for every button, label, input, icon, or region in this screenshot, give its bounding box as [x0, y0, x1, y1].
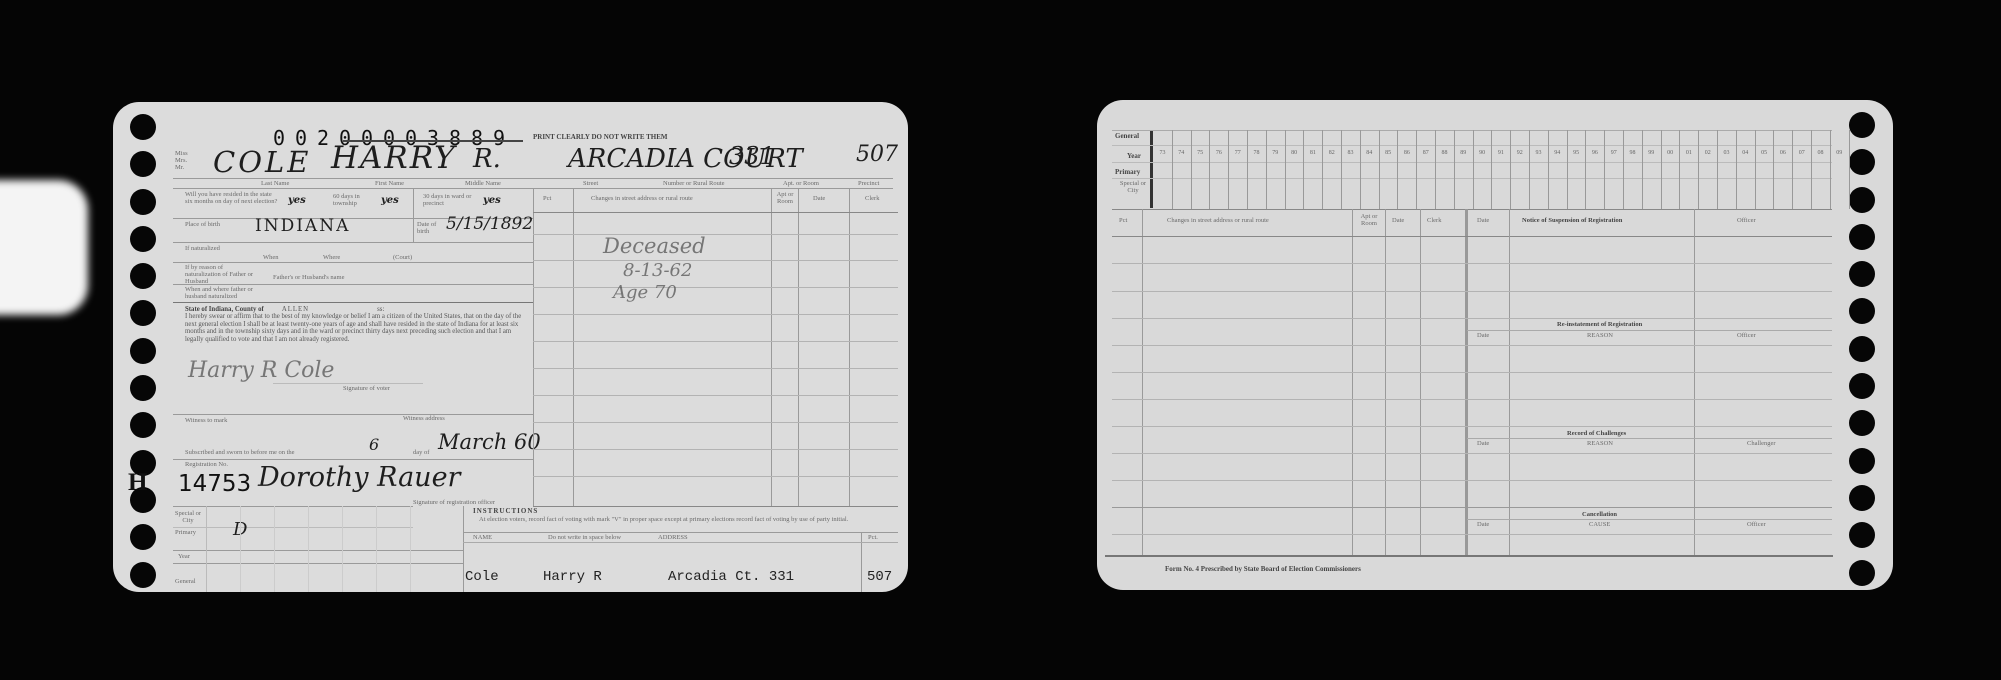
year-cell: 03: [1719, 150, 1734, 156]
deceased-note: Deceased: [603, 234, 706, 258]
year-cell: 09: [1832, 150, 1847, 156]
year-cell: 83: [1343, 150, 1358, 156]
grid-label-primary: Primary: [1115, 168, 1140, 176]
residence-township-value: yes: [381, 195, 399, 206]
precinct-top-value: 507: [856, 142, 898, 167]
year-cell: 91: [1493, 150, 1508, 156]
year-cell: 87: [1418, 150, 1433, 156]
year-cell: 85: [1381, 150, 1396, 156]
year-cell: 02: [1700, 150, 1715, 156]
grid-column-divider: [1360, 130, 1361, 209]
suspension-header-officer: Officer: [1737, 217, 1756, 224]
year-cell: 89: [1456, 150, 1471, 156]
year-cell: 98: [1625, 150, 1640, 156]
grid-column-divider: [1548, 130, 1549, 209]
date-of-birth-value: 5/15/1892: [446, 214, 533, 234]
instructions-text: At election voters, record fact of votin…: [479, 516, 899, 523]
title-labels: MissMrs.Mr.: [175, 150, 188, 171]
challenges-title: Record of Challenges: [1567, 430, 1626, 437]
typed-first-name: Harry R: [543, 569, 602, 585]
registration-card-back: General Year Primary Special or City Pct…: [1097, 100, 1893, 590]
grid-column-divider: [1247, 130, 1248, 209]
grid-column-divider: [1849, 130, 1850, 209]
back-header-clerk: Clerk: [1427, 217, 1441, 224]
year-cell: 74: [1174, 150, 1189, 156]
grid-column-divider: [1567, 130, 1568, 209]
year-cell: 06: [1775, 150, 1790, 156]
year-cell: 88: [1437, 150, 1452, 156]
grid-label-year: Year: [1127, 152, 1141, 160]
typed-last-name: Cole: [465, 569, 499, 585]
year-cell: 00: [1663, 150, 1678, 156]
year-cell: 75: [1193, 150, 1208, 156]
grid-column-divider: [1191, 130, 1192, 209]
suspension-header-title: Notice of Suspension of Registration: [1522, 217, 1622, 224]
year-cell: 76: [1211, 150, 1226, 156]
grid-column-divider: [1642, 130, 1643, 209]
oath-block: State of Indiana, County of ALLEN ss: I …: [185, 306, 530, 343]
grid-column-divider: [1755, 130, 1756, 209]
year-cell: 96: [1587, 150, 1602, 156]
grid-column-divider: [1623, 130, 1624, 209]
year-cell: 82: [1324, 150, 1339, 156]
year-cell: 73: [1155, 150, 1170, 156]
grid-column-divider: [1473, 130, 1474, 209]
grid-column-divider: [1510, 130, 1511, 209]
blurred-overexposed-object: [0, 180, 88, 315]
year-cell: 99: [1644, 150, 1659, 156]
typed-address: Arcadia Ct. 331: [668, 569, 794, 585]
changes-header-date: Date: [813, 195, 825, 202]
year-cell: 93: [1531, 150, 1546, 156]
changes-header-address: Changes in street address or rural route: [591, 195, 693, 202]
registration-prefix: H: [128, 469, 147, 497]
residence-ward-value: yes: [483, 195, 501, 206]
grid-column-divider: [1811, 130, 1812, 209]
reinstatement-title: Re-instatement of Registration: [1557, 321, 1642, 328]
year-cell: 94: [1550, 150, 1565, 156]
voter-signature: Harry R Cole: [188, 358, 334, 383]
changes-header-apt: Apt or Room: [774, 191, 796, 205]
grid-label-special: Special or City: [1115, 180, 1151, 194]
grid-column-divider: [1661, 130, 1662, 209]
typed-precinct: 507: [867, 569, 892, 585]
subscribed-month-value: March 60: [438, 430, 541, 454]
year-cell: 97: [1606, 150, 1621, 156]
year-cell: 78: [1249, 150, 1264, 156]
last-name-value: COLE: [213, 145, 311, 179]
grid-column-divider: [1341, 130, 1342, 209]
grid-column-divider: [1736, 130, 1737, 209]
year-cell: 86: [1399, 150, 1414, 156]
grid-column-divider: [1604, 130, 1605, 209]
grid-column-divider: [1322, 130, 1323, 209]
grid-column-divider: [1454, 130, 1455, 209]
grid-column-divider: [1679, 130, 1680, 209]
grid-column-divider: [1172, 130, 1173, 209]
punch-holes-left: [130, 114, 156, 592]
grid-column-divider: [1773, 130, 1774, 209]
age-note: Age 70: [613, 282, 677, 303]
grid-column-divider: [1491, 130, 1492, 209]
grid-column-divider: [1285, 130, 1286, 209]
place-of-birth-value: INDIANA: [255, 216, 350, 236]
grid-column-divider: [1585, 130, 1586, 209]
punch-holes-right: [1849, 112, 1875, 590]
grid-column-divider: [1792, 130, 1793, 209]
year-cell: 95: [1569, 150, 1584, 156]
subscribed-day-value: 6: [369, 435, 379, 454]
back-header-address: Changes in street address or rural route: [1167, 217, 1269, 224]
grid-column-divider: [1698, 130, 1699, 209]
house-number-value: 331: [729, 142, 775, 170]
back-header-apt: Apt or Room: [1357, 213, 1381, 227]
registration-number: 14753: [178, 471, 251, 497]
middle-name-value: R.: [473, 144, 501, 174]
year-cell: 04: [1738, 150, 1753, 156]
grid-column-divider: [1209, 130, 1210, 209]
grid-column-divider: [1303, 130, 1304, 209]
grid-label-general: General: [1115, 132, 1139, 140]
suspension-header-date: Date: [1477, 217, 1489, 224]
cancellation-title: Cancellation: [1582, 511, 1617, 518]
grid-column-divider: [1266, 130, 1267, 209]
changes-header-clerk: Clerk: [865, 195, 879, 202]
year-cell: 90: [1475, 150, 1490, 156]
grid-column-divider: [1830, 130, 1831, 209]
header-instruction: PRINT CLEARLY DO NOT WRITE THEM: [533, 133, 668, 141]
grid-column-divider: [1416, 130, 1417, 209]
year-cell: 80: [1287, 150, 1302, 156]
deceased-date-note: 8-13-62: [623, 260, 692, 281]
back-header-pct: Pct: [1119, 217, 1127, 224]
year-cell: 07: [1794, 150, 1809, 156]
year-cell: 79: [1268, 150, 1283, 156]
changes-header-pct: Pct: [543, 195, 551, 202]
instructions-title: INSTRUCTIONS: [473, 508, 538, 516]
grid-column-divider: [1228, 130, 1229, 209]
year-cell: 92: [1512, 150, 1527, 156]
first-name-value: HARRY: [331, 140, 457, 176]
grid-column-divider: [1435, 130, 1436, 209]
year-cell: 05: [1757, 150, 1772, 156]
residence-state-value: yes: [288, 195, 306, 206]
grid-column-divider: [1717, 130, 1718, 209]
year-cell: 08: [1813, 150, 1828, 156]
year-cell: 77: [1230, 150, 1245, 156]
grid-column-divider: [1529, 130, 1530, 209]
year-cell: 81: [1305, 150, 1320, 156]
form-footer: Form No. 4 Prescribed by State Board of …: [1165, 566, 1361, 574]
year-cell: 84: [1362, 150, 1377, 156]
registration-card-front: 00200003889 PRINT CLEARLY DO NOT WRITE T…: [113, 102, 908, 592]
county-value: ALLEN: [265, 306, 325, 313]
grid-column-divider: [1379, 130, 1380, 209]
year-cell: 01: [1681, 150, 1696, 156]
officer-signature: Dorothy Rauer: [258, 462, 460, 493]
grid-column-divider: [1397, 130, 1398, 209]
back-header-date: Date: [1392, 217, 1404, 224]
